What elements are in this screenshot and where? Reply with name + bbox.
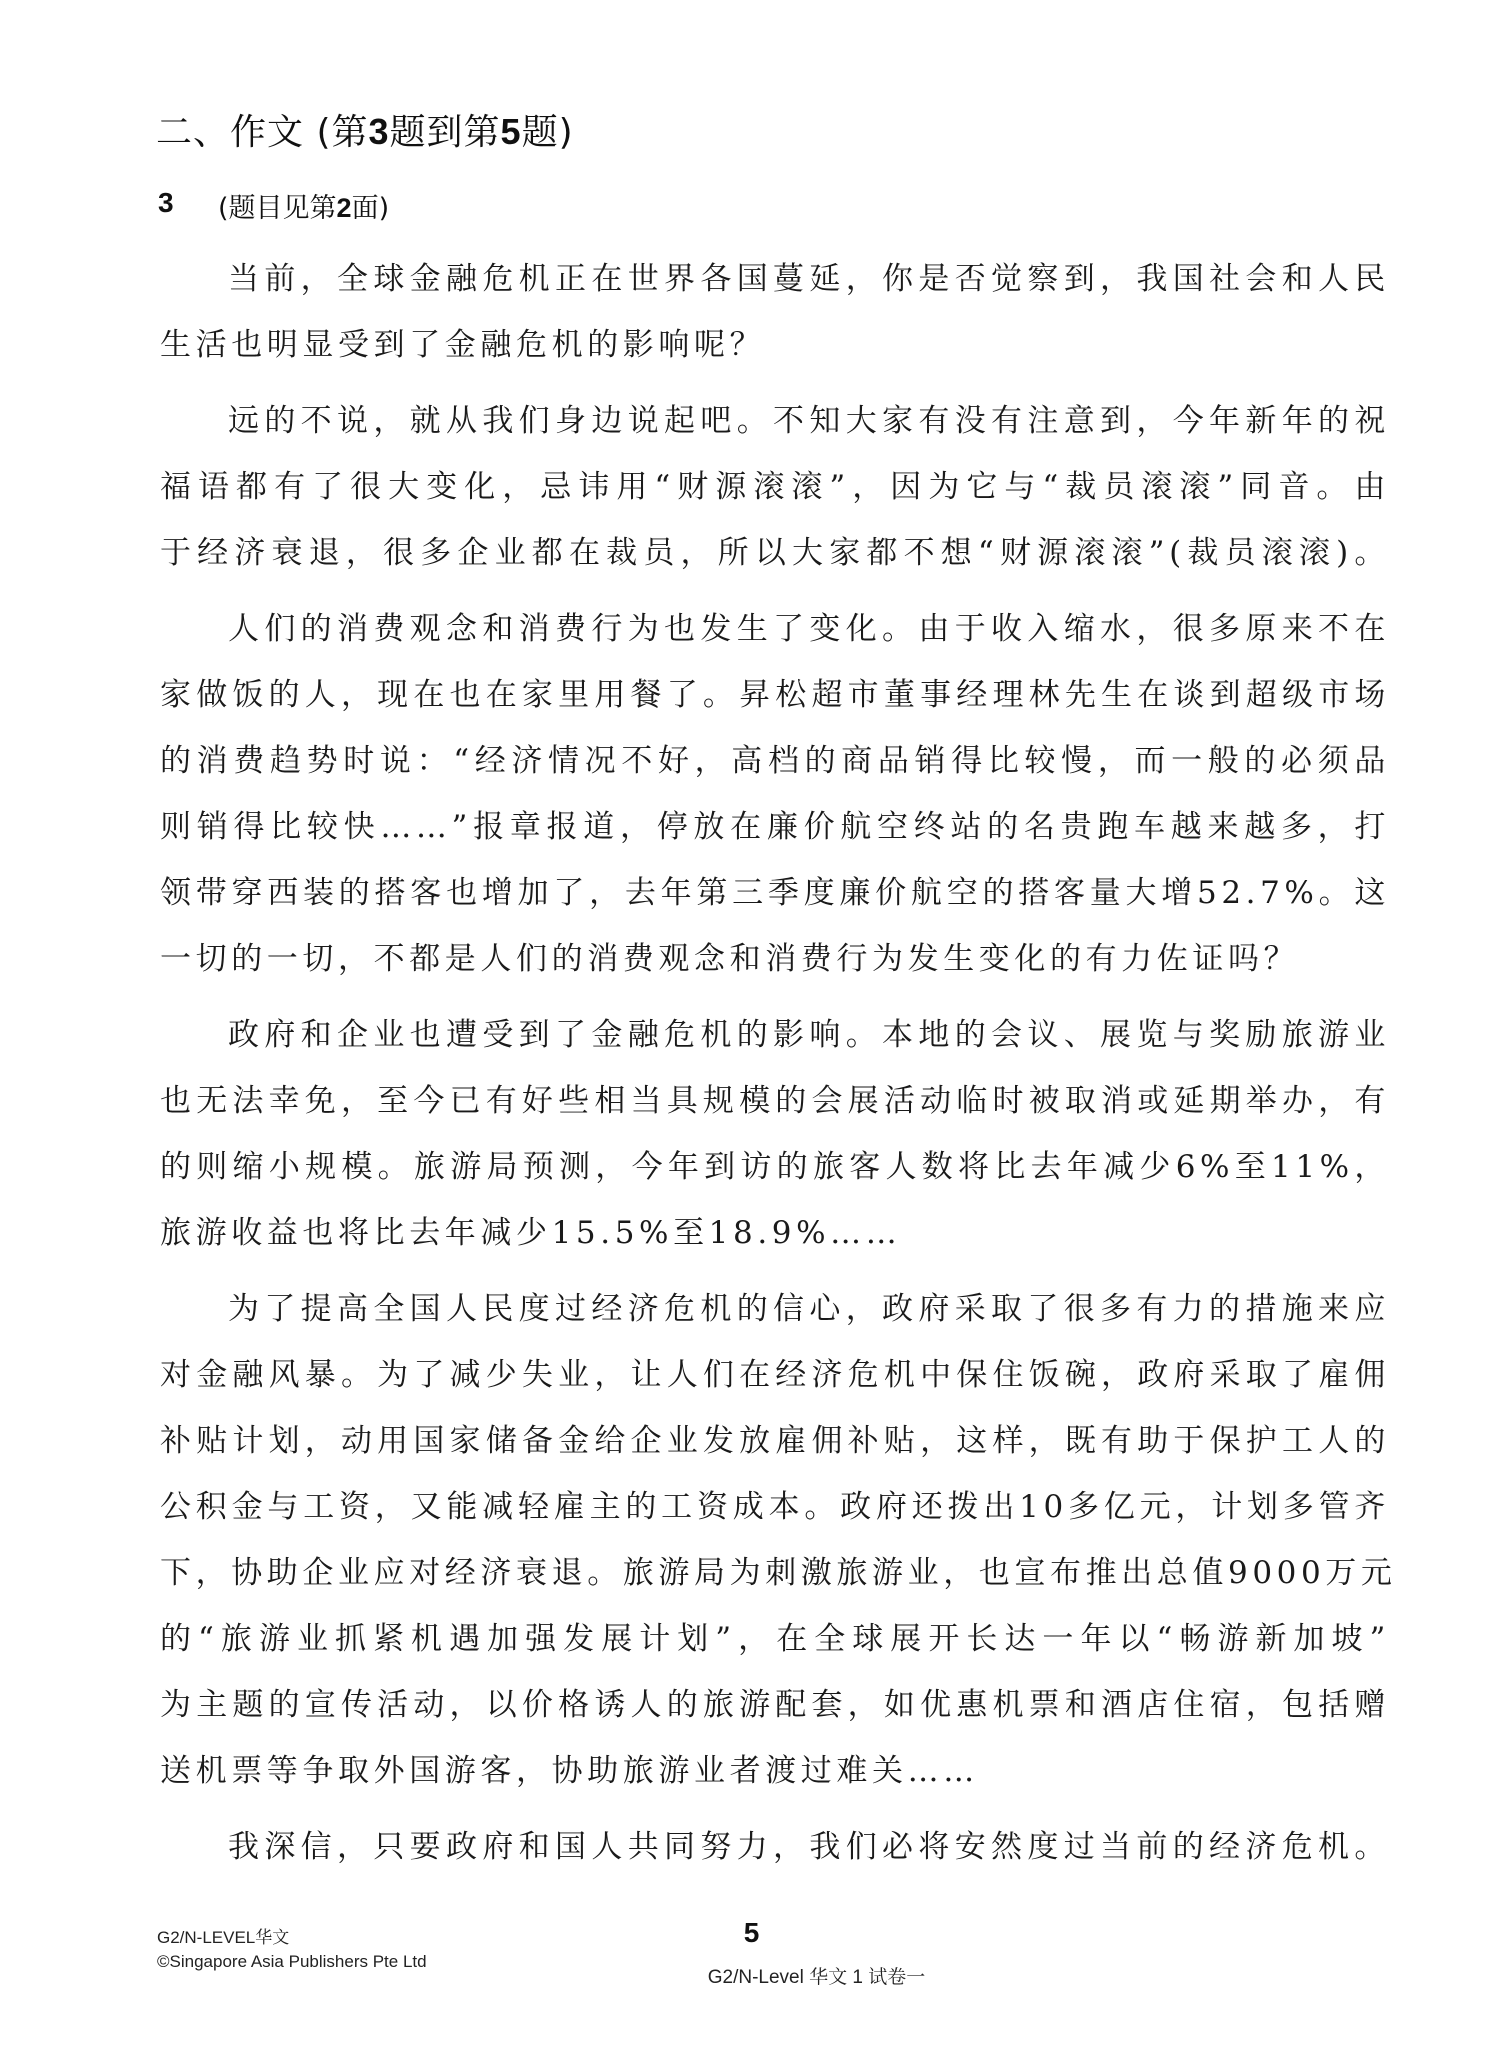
text-line: 领带穿西装的搭客也增加了，去年第三季度廉价航空的搭客量大增52.7%。这 xyxy=(160,860,1390,926)
text-line: 一切的一切，不都是人们的消费观念和消费行为发生变化的有力佐证吗？ xyxy=(160,926,1390,992)
text-line: 对金融风暴。为了减少失业，让人们在经济危机中保住饭碗，政府采取了雇佣 xyxy=(160,1342,1390,1408)
page-number: 5 xyxy=(0,1917,1503,1949)
paragraph: 政府和企业也遭受到了金融危机的影响。本地的会议、展览与奖励旅游业 也无法幸免，至… xyxy=(160,1002,1390,1266)
section-heading-suffix: 题) xyxy=(522,112,574,153)
text-line: 人们的消费观念和消费行为也发生了变化。由于收入缩水，很多原来不在 xyxy=(160,596,1390,662)
question-reference-prefix: (题目见第 xyxy=(218,193,337,224)
text-line: 的消费趋势时说：“经济情况不好，高档的商品销得比较慢，而一般的必须品 xyxy=(160,728,1390,794)
essay-body: 当前，全球金融危机正在世界各国蔓延，你是否觉察到，我国社会和人民 生活也明显受到… xyxy=(160,246,1390,1890)
paragraph: 我深信，只要政府和国人共同努力，我们必将安然度过当前的经济危机。 xyxy=(160,1814,1390,1880)
question-reference: (题目见第2面) xyxy=(218,186,389,225)
question-reference-page: 2 xyxy=(337,193,352,223)
paragraph: 当前，全球金融危机正在世界各国蔓延，你是否觉察到，我国社会和人民 生活也明显受到… xyxy=(160,246,1390,378)
paragraph: 人们的消费观念和消费行为也发生了变化。由于收入缩水，很多原来不在 家做饭的人，现… xyxy=(160,596,1390,992)
paragraph: 远的不说，就从我们身边说起吧。不知大家有没有注意到，今年新年的祝 福语都有了很大… xyxy=(160,388,1390,586)
text-line: 则销得比较快……”报章报道，停放在廉价航空终站的名贵跑车越来越多，打 xyxy=(160,794,1390,860)
question-number: 3 xyxy=(158,187,174,219)
section-heading-mid: 题到第 xyxy=(390,112,501,153)
exam-page: 二、作文 (第3题到第5题) 3 (题目见第2面) 当前，全球金融危机正在世界各… xyxy=(0,0,1503,2048)
text-line: 政府和企业也遭受到了金融危机的影响。本地的会议、展览与奖励旅游业 xyxy=(160,1002,1390,1068)
text-line: 远的不说，就从我们身边说起吧。不知大家有没有注意到，今年新年的祝 xyxy=(160,388,1390,454)
paragraph: 为了提高全国人民度过经济危机的信心，政府采取了很多有力的措施来应 对金融风暴。为… xyxy=(160,1276,1390,1804)
text-line: 的“旅游业抓紧机遇加强发展计划”，在全球展开长达一年以“畅游新加坡” xyxy=(160,1606,1390,1672)
section-heading-start-number: 3 xyxy=(369,111,390,152)
text-line: 福语都有了很大变化，忌讳用“财源滚滚”，因为它与“裁员滚滚”同音。由 xyxy=(160,454,1390,520)
text-line: 也无法幸免，至今已有好些相当具规模的会展活动临时被取消或延期举办，有 xyxy=(160,1068,1390,1134)
text-line: 的则缩小规模。旅游局预测，今年到访的旅客人数将比去年减少6%至11%， xyxy=(160,1134,1390,1200)
section-heading: 二、作文 (第3题到第5题) xyxy=(156,104,574,155)
text-line: 于经济衰退，很多企业都在裁员，所以大家都不想“财源滚滚”(裁员滚滚)。 xyxy=(160,520,1390,586)
text-line: 旅游收益也将比去年减少15.5%至18.9%…… xyxy=(160,1200,1390,1266)
text-line: 补贴计划，动用国家储备金给企业发放雇佣补贴，这样，既有助于保护工人的 xyxy=(160,1408,1390,1474)
text-line: 当前，全球金融危机正在世界各国蔓延，你是否觉察到，我国社会和人民 xyxy=(160,246,1390,312)
text-line: 我深信，只要政府和国人共同努力，我们必将安然度过当前的经济危机。 xyxy=(160,1814,1390,1880)
section-heading-prefix: 二、作文 (第 xyxy=(156,112,369,153)
text-line: 送机票等争取外国游客，协助旅游业者渡过难关…… xyxy=(160,1738,1390,1804)
text-line: 下，协助企业应对经济衰退。旅游局为刺激旅游业，也宣布推出总值9000万元 xyxy=(160,1540,1390,1606)
text-line: 为了提高全国人民度过经济危机的信心，政府采取了很多有力的措施来应 xyxy=(160,1276,1390,1342)
text-line: 为主题的宣传活动，以价格诱人的旅游配套，如优惠机票和酒店住宿，包括赠 xyxy=(160,1672,1390,1738)
text-line: 生活也明显受到了金融危机的影响呢？ xyxy=(160,312,1390,378)
text-line: 家做饭的人，现在也在家里用餐了。昇松超市董事经理林先生在谈到超级市场 xyxy=(160,662,1390,728)
question-reference-suffix: 面) xyxy=(352,193,390,224)
text-line: 公积金与工资，又能减轻雇主的工资成本。政府还拨出10多亿元，计划多管齐 xyxy=(160,1474,1390,1540)
section-heading-end-number: 5 xyxy=(501,111,522,152)
footer-paper-title: G2/N-Level 华文 1 试卷一 xyxy=(0,1962,1503,1989)
